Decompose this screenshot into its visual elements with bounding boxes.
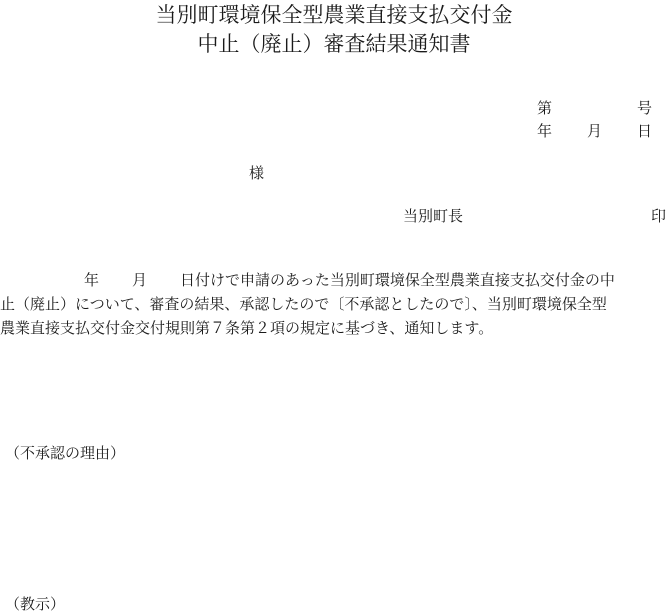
issuer-name: 当別町長 <box>403 206 463 226</box>
instruction-label: （教示） <box>5 594 65 612</box>
notice-body: 年月日付けで申請のあった当別町環境保全型農業直接支払交付金の中 止（廃止）につい… <box>0 268 668 340</box>
document-title-line1: 当別町環境保全型農業直接支払交付金 <box>0 1 668 29</box>
addressee-suffix: 様 <box>249 163 264 183</box>
document-title-line2: 中止（廃止）審査結果通知書 <box>0 30 668 58</box>
rejection-reason-label: （不承認の理由） <box>5 443 125 463</box>
body-line-2: 止（廃止）について、審査の結果、承認したので〔不承認としたので〕、当別町環境保全… <box>0 292 668 316</box>
body-line-1: 年月日付けで申請のあった当別町環境保全型農業直接支払交付金の中 <box>0 268 668 292</box>
date-day: 日 <box>637 121 652 141</box>
date-month: 月 <box>587 121 602 141</box>
body-line1-text: 日付けで申請のあった当別町環境保全型農業直接支払交付金の中 <box>180 271 615 289</box>
number-suffix: 号 <box>637 98 652 118</box>
body-line-3: 農業直接支払交付金交付規則第７条第２項の規定に基づき、通知します。 <box>0 316 668 340</box>
number-prefix: 第 <box>537 98 552 118</box>
body-year: 年 <box>84 271 99 289</box>
body-month: 月 <box>132 271 147 289</box>
date-year: 年 <box>537 121 552 141</box>
seal-mark: 印 <box>651 206 666 226</box>
